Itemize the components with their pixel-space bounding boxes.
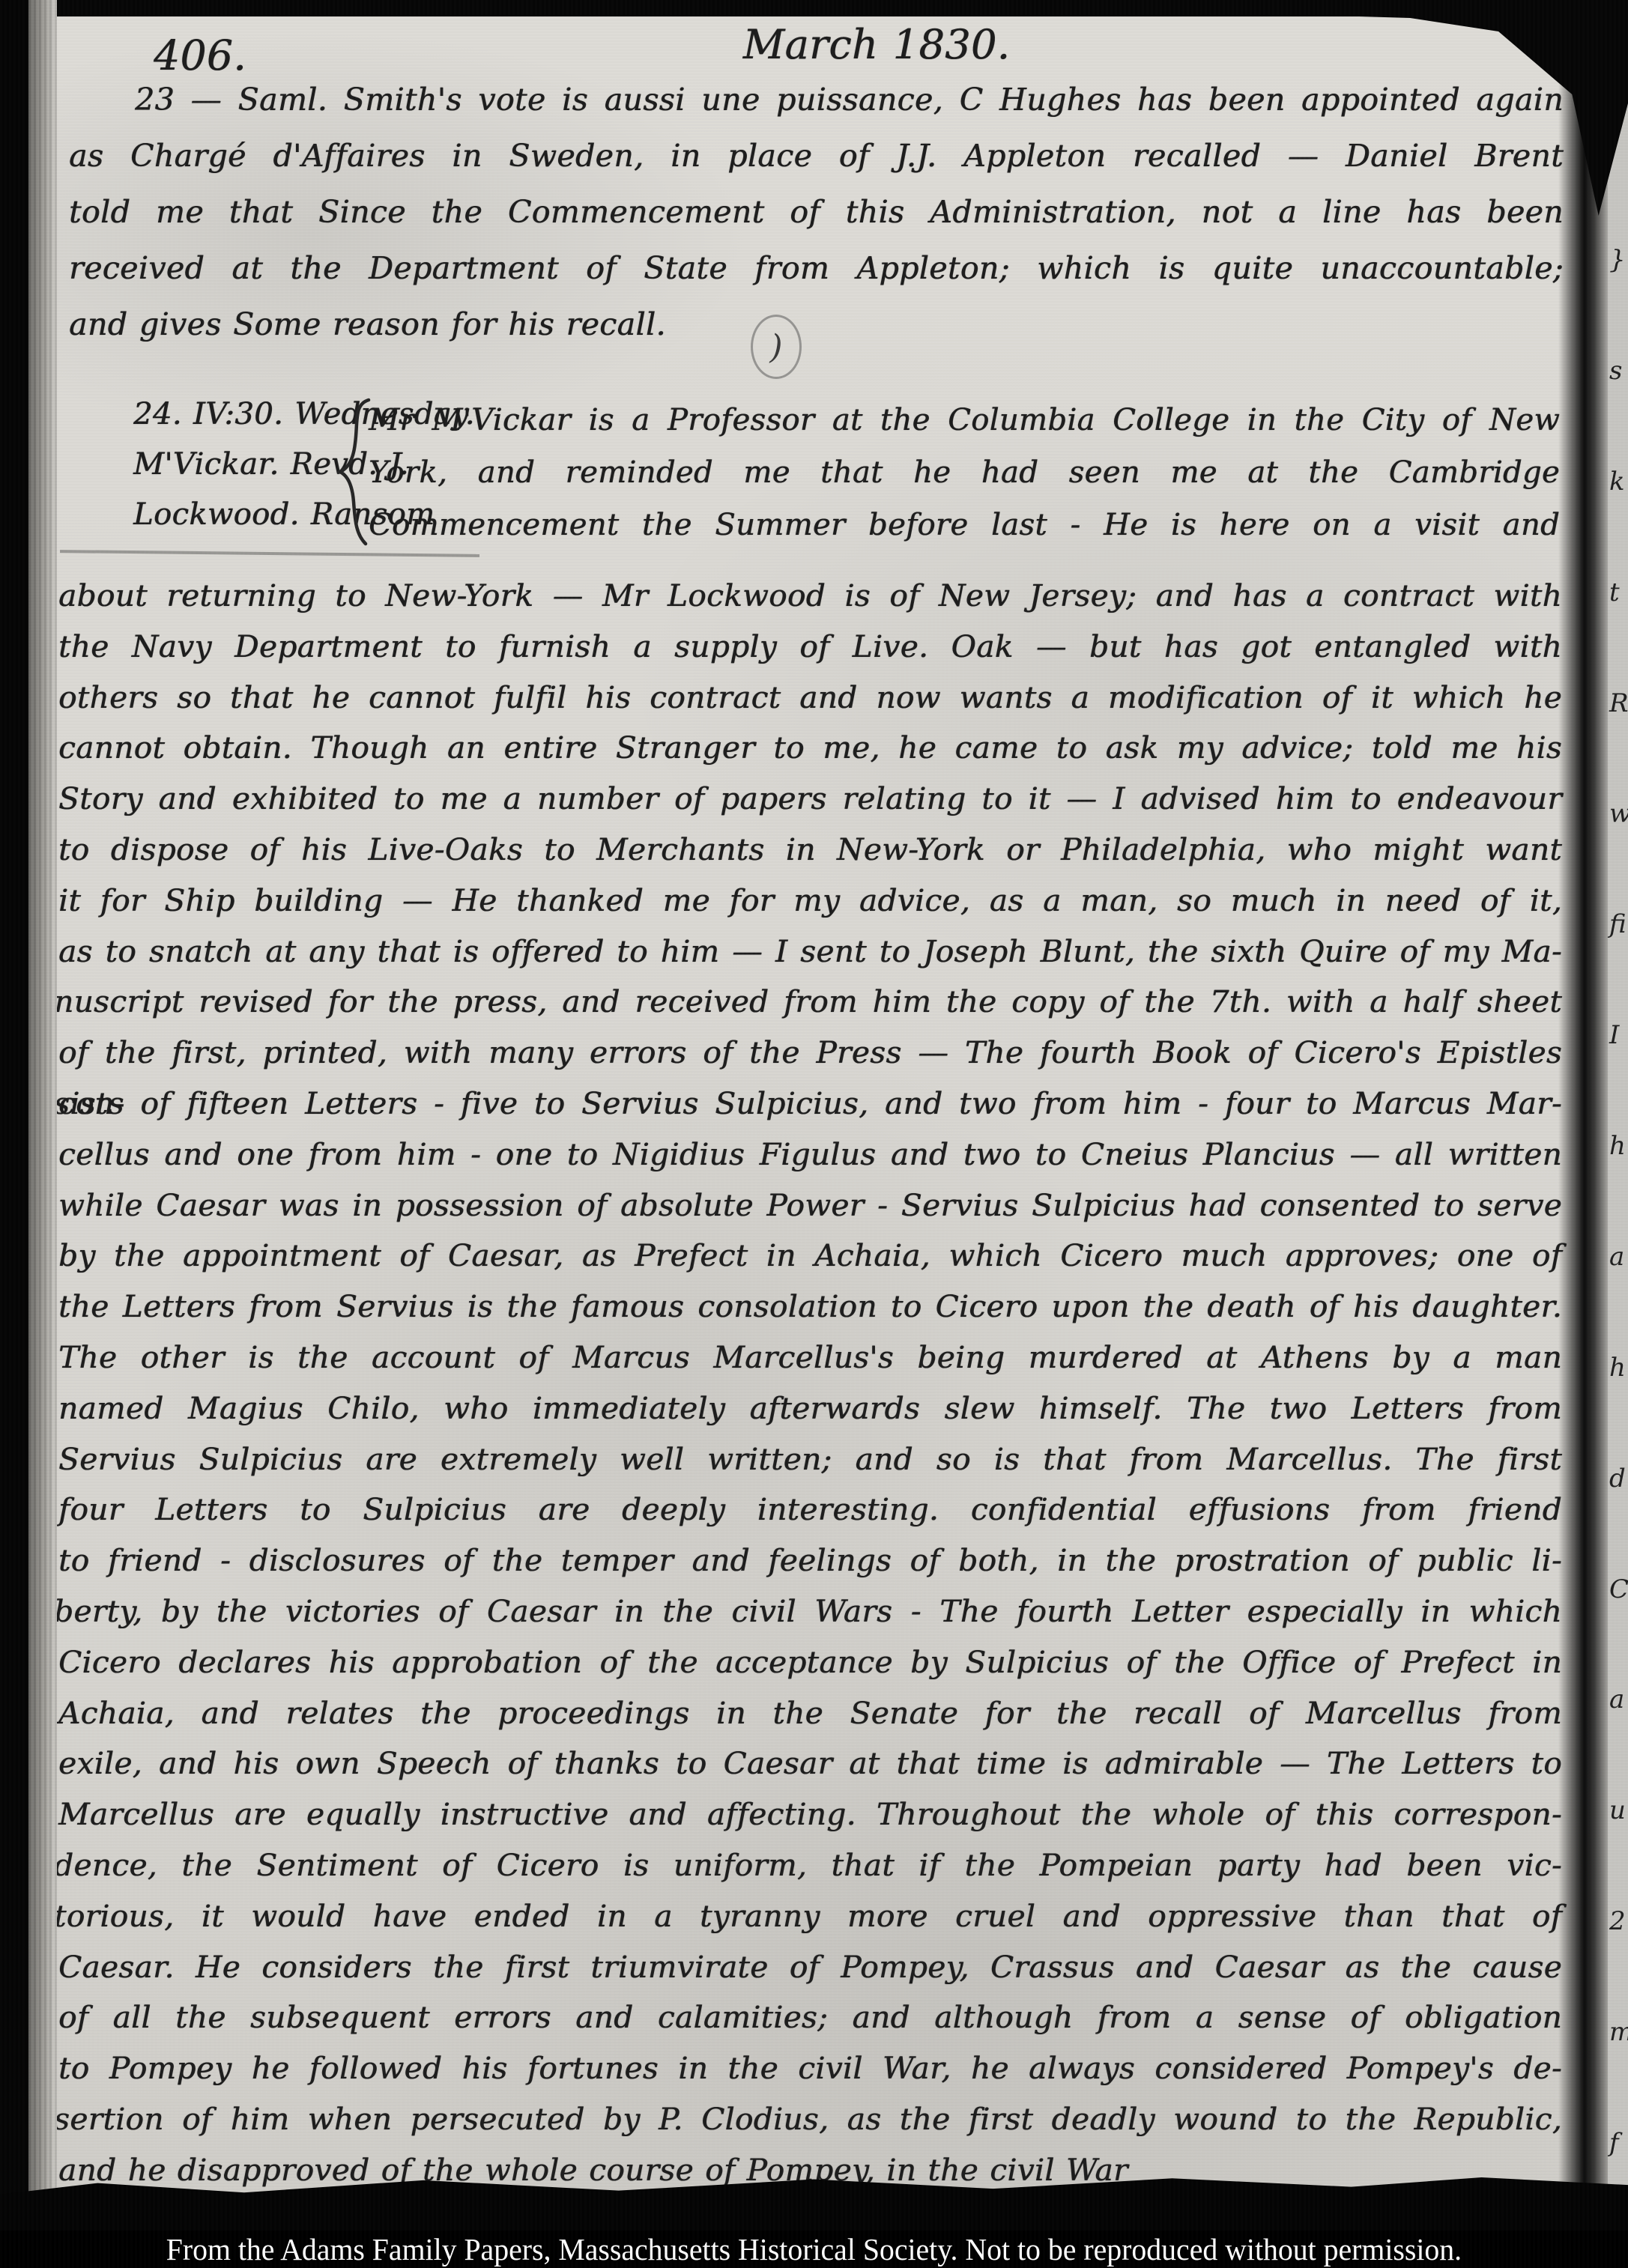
fragment-glyph: h <box>1609 1133 1626 1159</box>
fragment-glyph: u <box>1609 1798 1626 1823</box>
manuscript-line: four Letters to Sulpicius are deeply int… <box>58 1485 1562 1535</box>
manuscript-line: -sertion of him when persecuted by P. Cl… <box>43 2094 1562 2145</box>
scan-edge-top <box>0 0 1628 16</box>
manuscript-line: named Magius Chilo, who immediately afte… <box>58 1383 1562 1434</box>
manuscript-line: cellus and one from him - one to Nigidiu… <box>58 1130 1562 1180</box>
fragment-glyph: R <box>1609 691 1628 716</box>
manuscript-line: to Pompey he followed his fortunes in th… <box>58 2043 1562 2094</box>
manuscript-line: -dence, the Sentiment of Cicero is unifo… <box>43 1840 1562 1891</box>
archive-credit-text: From the Adams Family Papers, Massachuse… <box>166 2231 1462 2267</box>
archive-credit-bar: From the Adams Family Papers, Massachuse… <box>0 2231 1628 2268</box>
manuscript-line: and gives Some reason for his recall. <box>69 297 1564 353</box>
entry-march-24-intro: Mr M'Vickar is a Professor at the Columb… <box>369 394 1560 551</box>
manuscript-line: to dispose of his Live-Oaks to Merchants… <box>58 825 1562 876</box>
fragment-glyph: a <box>1609 1687 1624 1712</box>
manuscript-line: Story and exhibited to me a number of pa… <box>58 774 1562 825</box>
fragment-glyph: k <box>1609 469 1625 494</box>
fragment-glyph: fi <box>1609 912 1627 937</box>
fragment-glyph: } <box>1609 247 1626 273</box>
manuscript-line: while Caesar was in possession of absolu… <box>58 1180 1562 1231</box>
adjacent-page-fragments: } s k t R w fi I h a h d C a u 2 m f <box>1608 0 1628 2268</box>
manuscript-line: Cicero declares his approbation of the a… <box>58 1637 1562 1688</box>
fragment-glyph: I <box>1609 1022 1619 1048</box>
book-binding-edge <box>28 0 57 2268</box>
manuscript-line: cannot obtain. Though an entire Stranger… <box>58 723 1562 774</box>
manuscript-line: -berty, by the victories of Caesar in th… <box>43 1586 1562 1637</box>
manuscript-line: told me that Since the Commencement of t… <box>69 184 1564 240</box>
manuscript-line: the Navy Department to furnish a supply … <box>58 622 1562 673</box>
manuscript-line: 23 — Saml. Smith's vote is aussi une pui… <box>69 72 1564 128</box>
manuscript-line: Achaia, and relates the proceedings in t… <box>58 1688 1562 1739</box>
manuscript-line: of the first, printed, with many errors … <box>58 1028 1562 1079</box>
manuscript-line: about returning to New-York — Mr Lockwoo… <box>58 571 1562 622</box>
fragment-glyph: t <box>1609 580 1620 605</box>
margin-note-line: M'Vickar. Revd. J. <box>133 440 358 490</box>
header-date: March 1830. <box>697 21 1056 68</box>
manuscript-line: Caesar. He considers the first triumvira… <box>58 1942 1562 1993</box>
fragment-glyph: m <box>1609 2019 1628 2045</box>
fragment-glyph: d <box>1609 1466 1626 1491</box>
manuscript-line: it for Ship building — He thanked me for… <box>58 876 1562 927</box>
scan-edge-left <box>0 0 28 2268</box>
manuscript-line: Servius Sulpicius are extremely well wri… <box>58 1434 1562 1485</box>
margin-brace-icon <box>334 397 372 547</box>
manuscript-line: as Chargé d'Affaires in Sweden, in place… <box>69 128 1564 184</box>
fragment-glyph: w <box>1609 801 1628 826</box>
manuscript-line: the Letters from Servius is the famous c… <box>58 1282 1562 1332</box>
entry-march-23: 23 — Saml. Smith's vote is aussi une pui… <box>69 72 1564 353</box>
pencil-circled-paren-mark: ) <box>751 315 802 379</box>
manuscript-line: to friend - disclosures of the temper an… <box>58 1535 1562 1586</box>
fragment-glyph: 2 <box>1609 1908 1626 1934</box>
manuscript-line: Mr M'Vickar is a Professor at the Columb… <box>369 394 1560 446</box>
manuscript-line: -sists of fifteen Letters - five to Serv… <box>43 1079 1562 1130</box>
fragment-glyph: f <box>1609 2130 1619 2156</box>
manuscript-line: received at the Department of State from… <box>69 240 1564 297</box>
manuscript-line: of all the subsequent errors and calamit… <box>58 1992 1562 2043</box>
manuscript-line: Marcellus are equally instructive and af… <box>58 1789 1562 1840</box>
manuscript-line: -torious, it would have ended in a tyran… <box>43 1891 1562 1942</box>
manuscript-line: by the appointment of Caesar, as Prefect… <box>58 1231 1562 1282</box>
fragment-glyph: h <box>1609 1355 1626 1380</box>
manuscript-line: -nuscript revised for the press, and rec… <box>43 977 1562 1028</box>
adjacent-page-sliver: } s k t R w fi I h a h d C a u 2 m f <box>1608 0 1628 2268</box>
manuscript-line: exile, and his own Speech of thanks to C… <box>58 1738 1562 1789</box>
margin-note: 24. IV:30. Wednesday. M'Vickar. Revd. J.… <box>133 389 358 540</box>
manuscript-line: Commencement the Summer before last - He… <box>369 499 1560 551</box>
margin-note-line: Lockwood. Ransom <box>133 490 358 540</box>
fragment-glyph: s <box>1609 358 1622 383</box>
manuscript-line: The other is the account of Marcus Marce… <box>58 1332 1562 1383</box>
margin-note-line: 24. IV:30. Wednesday. <box>133 389 358 440</box>
manuscript-line: others so that he cannot fulfil his cont… <box>58 673 1562 724</box>
entry-march-24-body: about returning to New-York — Mr Lockwoo… <box>58 571 1562 2196</box>
fragment-glyph: a <box>1609 1244 1624 1270</box>
manuscript-line: York, and reminded me that he had seen m… <box>369 446 1560 499</box>
manuscript-line: as to snatch at any that is offered to h… <box>58 927 1562 977</box>
book-gutter-shadow <box>1558 0 1608 2268</box>
manuscript-scan: 406. March 1830. 23 — Saml. Smith's vote… <box>0 0 1628 2268</box>
fragment-glyph: C <box>1609 1577 1628 1602</box>
